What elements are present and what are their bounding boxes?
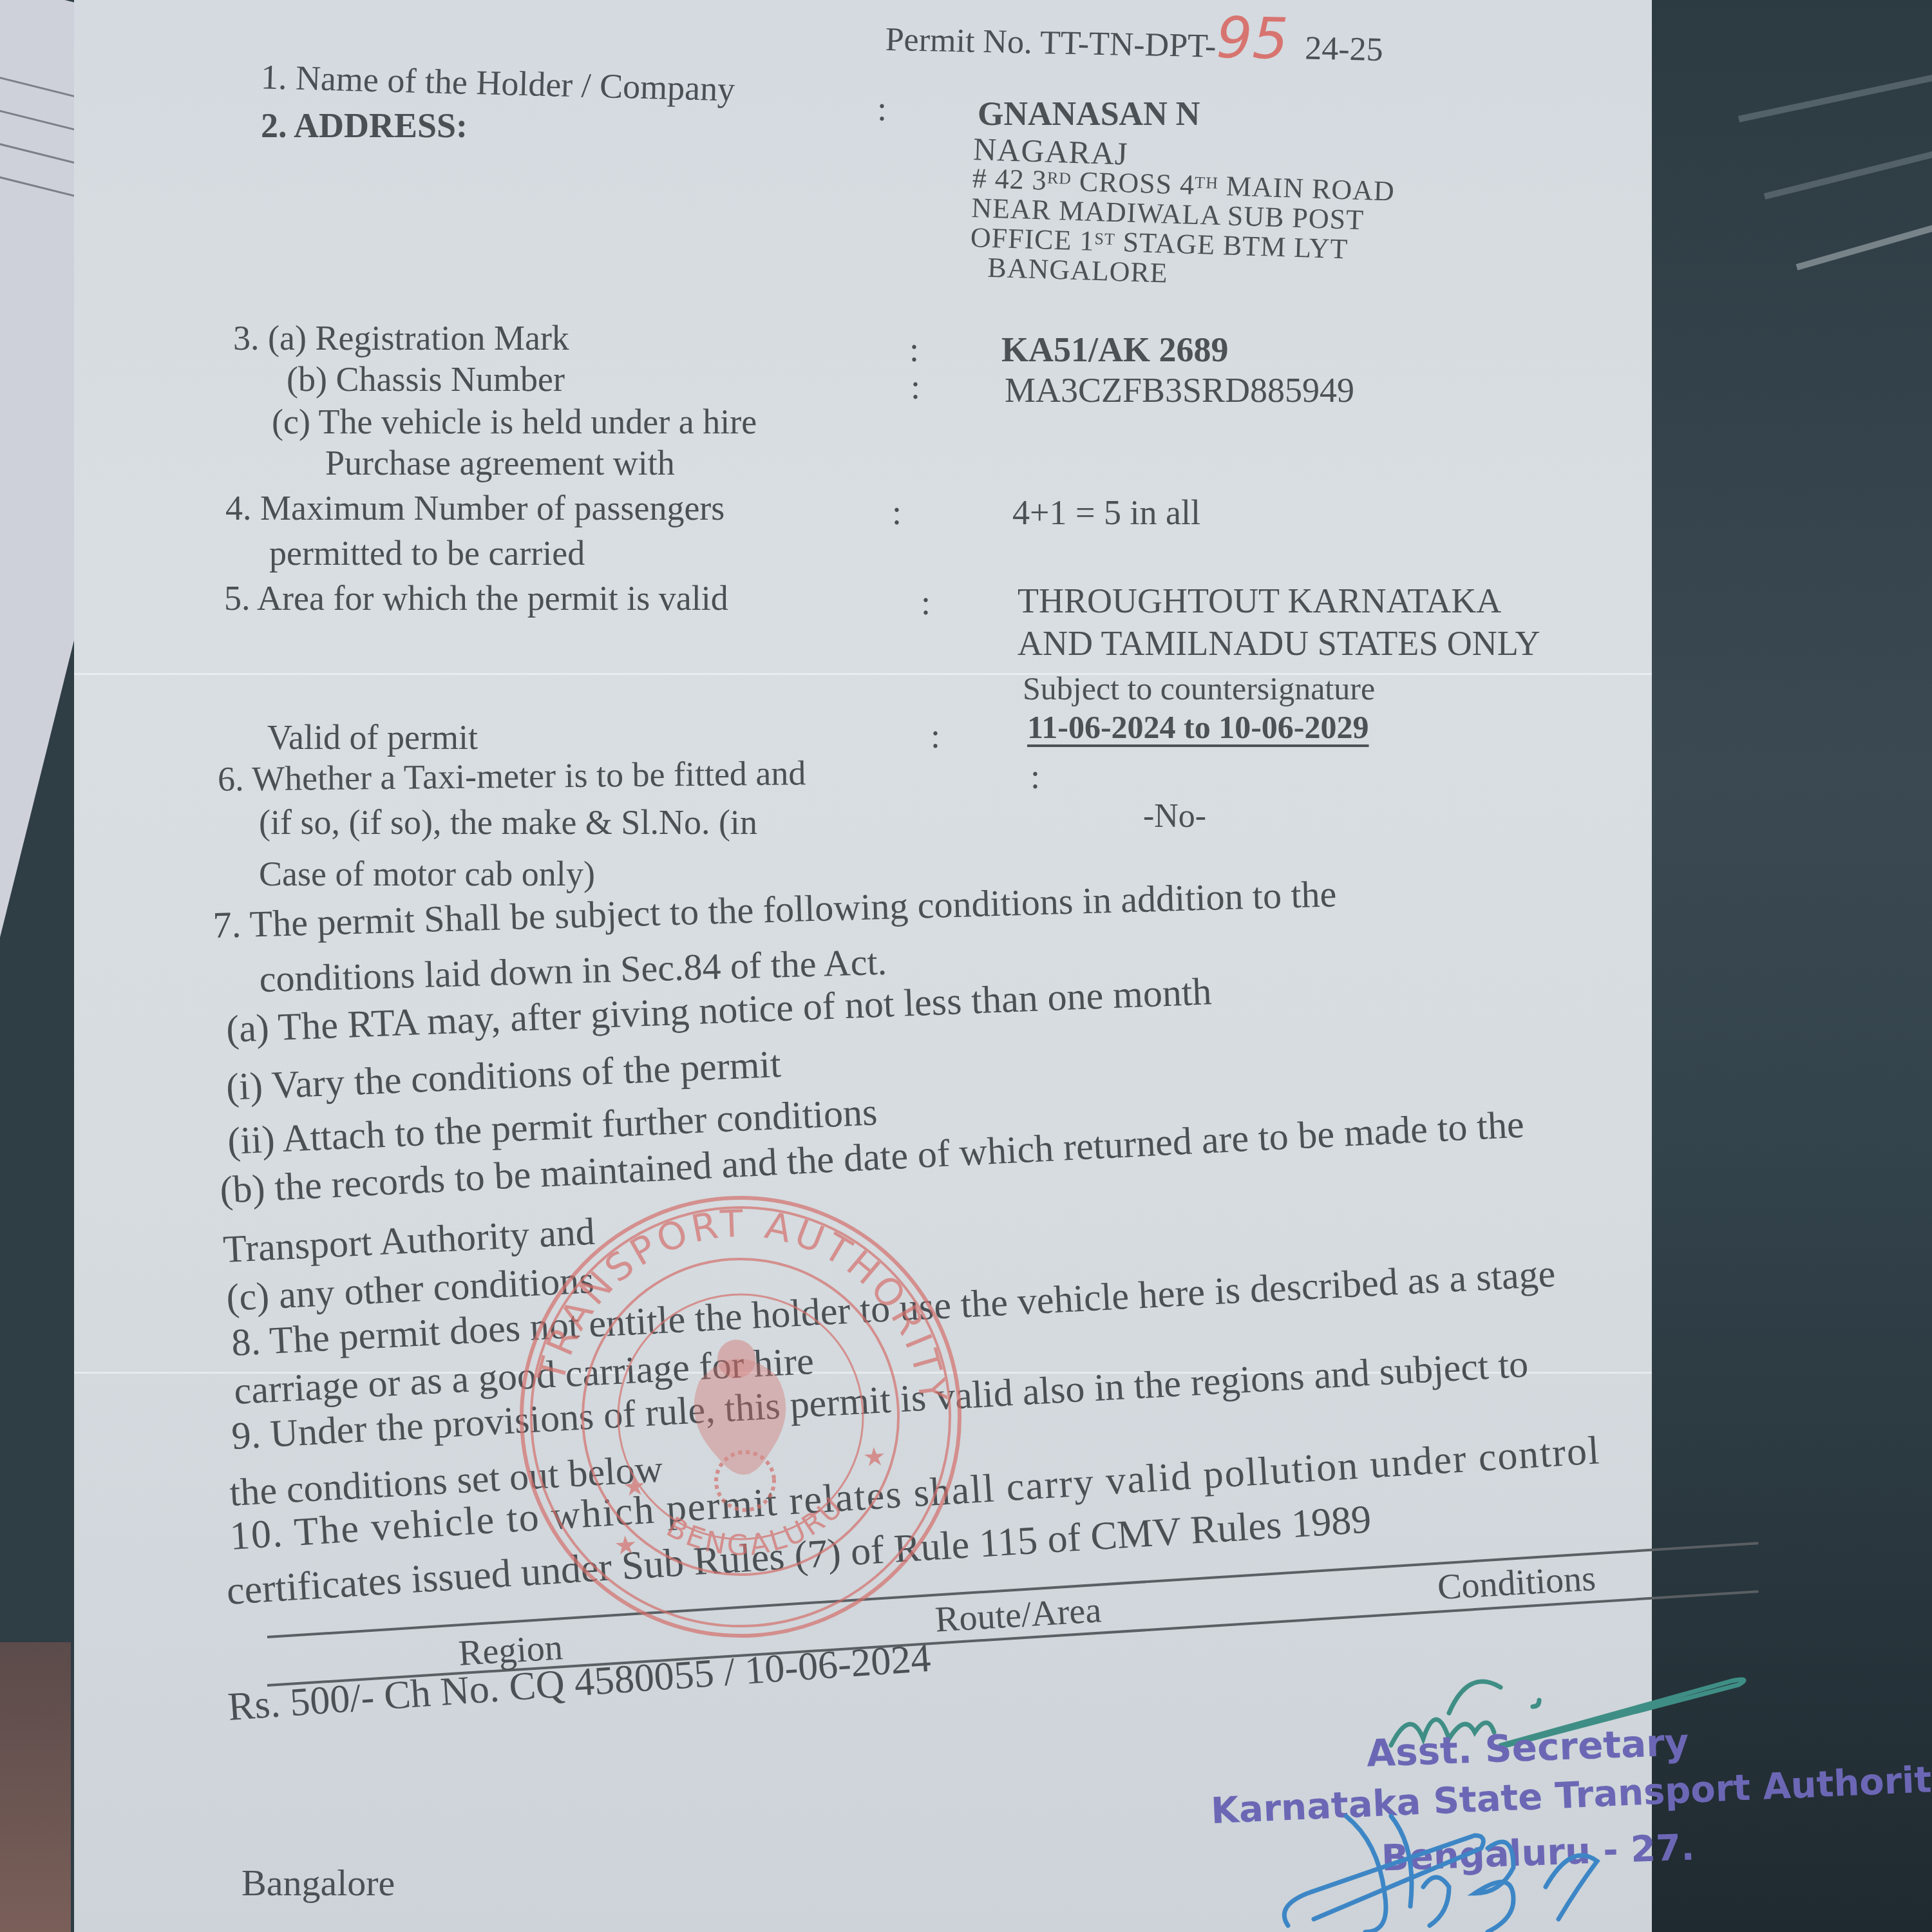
permit-number-suffix: 24-25	[1305, 30, 1383, 69]
field-value-area-line2: AND TAMILNADU STATES ONLY	[1018, 623, 1540, 663]
svg-text:★: ★	[622, 1472, 647, 1502]
colon: :	[921, 583, 931, 623]
field-value-taxi-meter: -No-	[1143, 797, 1206, 835]
field-label-taxi-meter-cont: Case of motor cab only)	[259, 857, 595, 891]
colon: :	[892, 493, 902, 533]
signature-blue	[1275, 1797, 1610, 1932]
field-label-taxi-meter: 6. Whether a Taxi-meter is to be fitted …	[218, 755, 806, 797]
field-label-passengers: 4. Maximum Number of passengers	[225, 491, 724, 526]
colon: :	[931, 716, 940, 756]
field-value-registration: KA51/AK 2689	[1001, 330, 1229, 370]
field-value-area-line1: THROUGHTOUT KARNATAKA	[1018, 581, 1501, 621]
permit-number-handwritten: 95	[1216, 5, 1289, 72]
svg-text:BENGALURU: BENGALURU	[658, 1488, 853, 1568]
field-label-validity: Valid of permit	[267, 720, 478, 755]
place: Bangalore	[241, 1864, 395, 1902]
field-label-hire-purchase: (c) The vehicle is held under a hire	[272, 404, 757, 439]
permit-number: Permit No. TT-TN-DPT-95 24-25	[885, 3, 1384, 70]
svg-text:★: ★	[613, 1530, 638, 1560]
field-value-validity: 11-06-2024 to 10-06-2029	[1027, 708, 1369, 746]
field-value-passengers: 4+1 = 5 in all	[1012, 493, 1200, 533]
field-label-taxi-meter-cont: (if so, (if so), the make & Sl.No. (in	[259, 805, 757, 840]
svg-text:★: ★	[862, 1441, 887, 1472]
colon: :	[911, 367, 920, 407]
field-label-chassis: (b) Chassis Number	[287, 362, 565, 397]
stamp-bottom-text: BENGALURU	[658, 1488, 853, 1568]
permit-number-prefix: Permit No. TT-TN-DPT-	[885, 21, 1217, 65]
field-label-address: 2. ADDRESS:	[261, 108, 468, 143]
colon: :	[877, 89, 887, 129]
field-label-hire-purchase-cont: Purchase agreement with	[325, 446, 675, 480]
paper-crease	[74, 673, 1652, 675]
field-value-area-note: Subject to countersignature	[1023, 670, 1375, 707]
field-value-holder: GNANASAN N	[978, 95, 1200, 133]
field-label-registration: 3. (a) Registration Mark	[233, 321, 569, 355]
field-label-passengers-cont: permitted to be carried	[269, 536, 585, 571]
colon: :	[909, 330, 919, 370]
address-block: NAGARAJ # 42 3RD CROSS 4TH MAIN ROAD NEA…	[969, 134, 1396, 295]
background-hand	[0, 1642, 71, 1932]
field-label-area: 5. Area for which the permit is valid	[224, 581, 728, 616]
colon: :	[1030, 757, 1040, 797]
table-header-conditions: Conditions	[1437, 1560, 1597, 1605]
transport-authority-stamp: TRANSPORT AUTHORITY BENGALURU ★ ★ ★	[493, 1170, 988, 1664]
field-value-chassis: MA3CZFB3SRD885949	[1005, 370, 1354, 410]
